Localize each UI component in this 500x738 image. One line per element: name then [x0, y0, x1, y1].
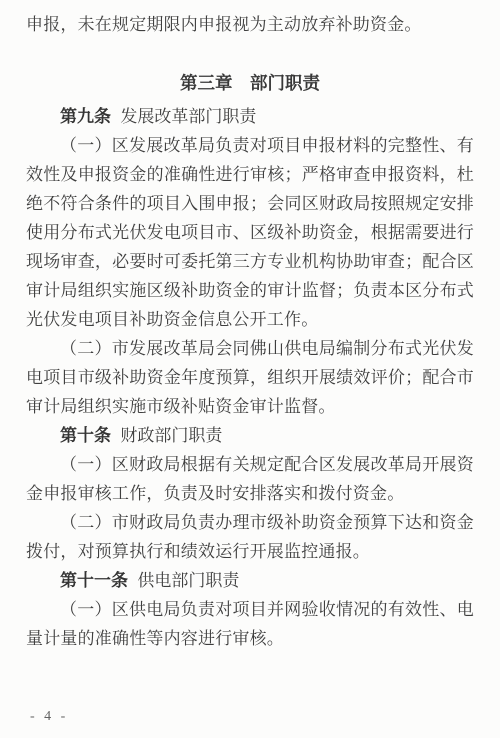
- article-title: 发展改革部门职责: [120, 107, 256, 126]
- document-page: 申报，未在规定期限内申报视为主动放弃补助资金。 第三章部门职责 第九条发展改革部…: [0, 0, 500, 738]
- section-article-11: 第十一条供电部门职责 （一）区供电局负责对项目并网验收情况的有效性、电量计量的准…: [26, 566, 474, 653]
- article-title: 供电部门职责: [137, 571, 239, 590]
- paragraph: （一）区供电局负责对项目并网验收情况的有效性、电量计量的准确性等内容进行审核。: [26, 595, 474, 653]
- paragraph: （二）市发展改革局会同佛山供电局编制分布式光伏发电项目市级补助资金年度预算，组织…: [26, 334, 474, 421]
- page-number: - 4 -: [30, 710, 68, 724]
- article-heading: 第九条发展改革部门职责: [26, 102, 474, 131]
- paragraph-continuation: 申报，未在规定期限内申报视为主动放弃补助资金。: [26, 10, 474, 39]
- article-title: 财政部门职责: [120, 426, 222, 445]
- chapter-title: 部门职责: [250, 73, 320, 93]
- article-number: 第十条: [60, 426, 111, 445]
- article-heading: 第十条财政部门职责: [26, 421, 474, 450]
- chapter-number: 第三章: [180, 73, 233, 93]
- paragraph: （一）区财政局根据有关规定配合区发展改革局开展资金申报审核工作，负责及时安排落实…: [26, 450, 474, 508]
- chapter-heading: 第三章部门职责: [26, 69, 474, 98]
- section-article-9: 第九条发展改革部门职责 （一）区发展改革局负责对项目申报材料的完整性、有效性及申…: [26, 102, 474, 421]
- article-number: 第十一条: [60, 571, 128, 590]
- article-heading: 第十一条供电部门职责: [26, 566, 474, 595]
- section-article-10: 第十条财政部门职责 （一）区财政局根据有关规定配合区发展改革局开展资金申报审核工…: [26, 421, 474, 566]
- paragraph: （一）区发展改革局负责对项目申报材料的完整性、有效性及申报资金的准确性进行审核；…: [26, 131, 474, 334]
- paragraph: （二）市财政局负责办理市级补助资金预算下达和资金拨付，对预算执行和绩效运行开展监…: [26, 508, 474, 566]
- article-number: 第九条: [60, 107, 111, 126]
